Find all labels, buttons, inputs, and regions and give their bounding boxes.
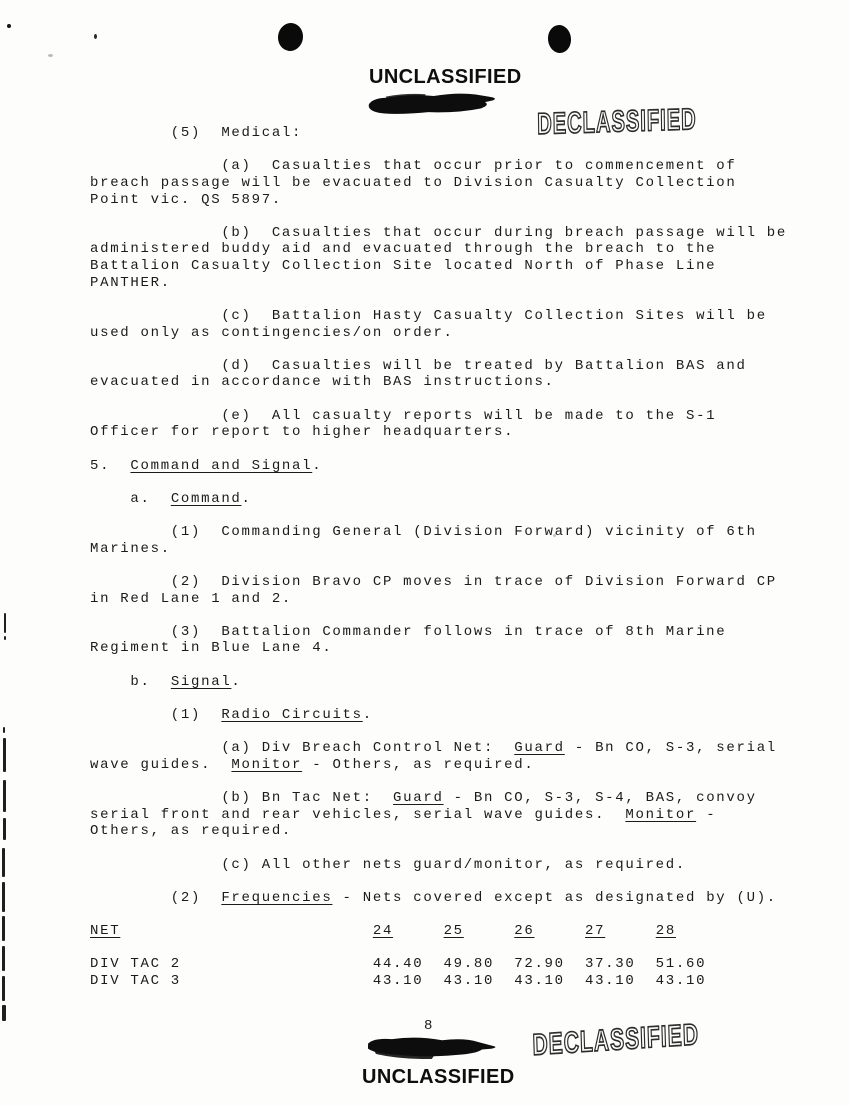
document-line: Battalion Casualty Collection Site locat… [90,258,787,275]
document-line [90,724,787,741]
margin-stroke [2,976,5,1001]
margin-stroke [4,613,6,633]
document-line: (c) Battalion Hasty Casualty Collection … [90,308,787,325]
declassified-stamp-bottom: DECLASSIFIED [532,1018,700,1063]
document-line: (b) Bn Tac Net: Guard - Bn CO, S-3, S-4,… [90,790,787,807]
document-line: (a) Div Breach Control Net: Guard - Bn C… [90,740,787,757]
document-line: breach passage will be evacuated to Divi… [90,175,787,192]
margin-stroke [2,1005,6,1021]
document-line [90,557,787,574]
scan-speck [48,54,53,57]
document-line: used only as contingencies/on order. [90,325,787,342]
margin-stroke [3,738,6,772]
document-line: (1) Commanding General (Division Forward… [90,524,787,541]
redaction-mark-bottom [364,1033,501,1063]
document-line: in Red Lane 1 and 2. [90,591,787,608]
margin-stroke [3,727,5,733]
margin-stroke [3,780,6,812]
document-line [90,291,787,308]
document-line: serial front and rear vehicles, serial w… [90,807,787,824]
document-line: Regiment in Blue Lane 4. [90,640,787,657]
document-line [90,690,787,707]
document-line [90,773,787,790]
document-line: evacuated in accordance with BAS instruc… [90,374,787,391]
document-line: 5. Command and Signal. [90,458,787,475]
document-line [90,940,787,957]
document-line: (d) Casualties will be treated by Battal… [90,358,787,375]
document-line: NET 24 25 26 27 28 [90,923,787,940]
document-line: (5) Medical: [90,125,787,142]
document-line [90,873,787,890]
document-line: (2) Frequencies - Nets covered except as… [90,890,787,907]
document-line: b. Signal. [90,674,787,691]
margin-stroke [4,636,6,640]
margin-stroke [2,848,5,877]
document-line: Marines. [90,541,787,558]
document-line [90,840,787,857]
document-line: (b) Casualties that occur during breach … [90,225,787,242]
classification-banner-bottom: UNCLASSIFIED [362,1066,515,1089]
document-line [90,906,787,923]
document-line [90,142,787,159]
page-number: 8 [424,1018,434,1034]
classification-banner-top: UNCLASSIFIED [369,66,522,89]
scan-speck [7,24,11,28]
document-line: (2) Division Bravo CP moves in trace of … [90,574,787,591]
document-line: (e) All casualty reports will be made to… [90,408,787,425]
document-line [90,474,787,491]
scan-speck [94,34,97,39]
document-line [90,507,787,524]
document-line: a. Command. [90,491,787,508]
document-line [90,341,787,358]
document-line: (c) All other nets guard/monitor, as req… [90,857,787,874]
document-line [90,208,787,225]
document-line: DIV TAC 3 43.10 43.10 43.10 43.10 43.10 [90,973,787,990]
margin-stroke [2,882,5,912]
hole-punch-left [276,21,305,52]
document-line: (3) Battalion Commander follows in trace… [90,624,787,641]
document-line: PANTHER. [90,275,787,292]
scan-speck [553,534,556,537]
document-line: Point vic. QS 5897. [90,192,787,209]
document-line [90,391,787,408]
document-line: Officer for report to higher headquarter… [90,424,787,441]
margin-stroke [2,916,5,941]
scanned-document-page: UNCLASSIFIED DECLASSIFIED (5) Medical: (… [0,0,850,1105]
document-line: wave guides. Monitor - Others, as requir… [90,757,787,774]
margin-stroke [2,946,5,971]
document-body: (5) Medical: (a) Casualties that occur p… [90,125,787,990]
document-line: (1) Radio Circuits. [90,707,787,724]
document-line: Others, as required. [90,823,787,840]
document-line [90,607,787,624]
document-line [90,657,787,674]
redaction-mark-top [366,90,501,120]
document-line: administered buddy aid and evacuated thr… [90,241,787,258]
margin-stroke [3,818,6,840]
document-line [90,441,787,458]
document-line: (a) Casualties that occur prior to comme… [90,158,787,175]
hole-punch-right [547,24,573,54]
document-line: DIV TAC 2 44.40 49.80 72.90 37.30 51.60 [90,956,787,973]
